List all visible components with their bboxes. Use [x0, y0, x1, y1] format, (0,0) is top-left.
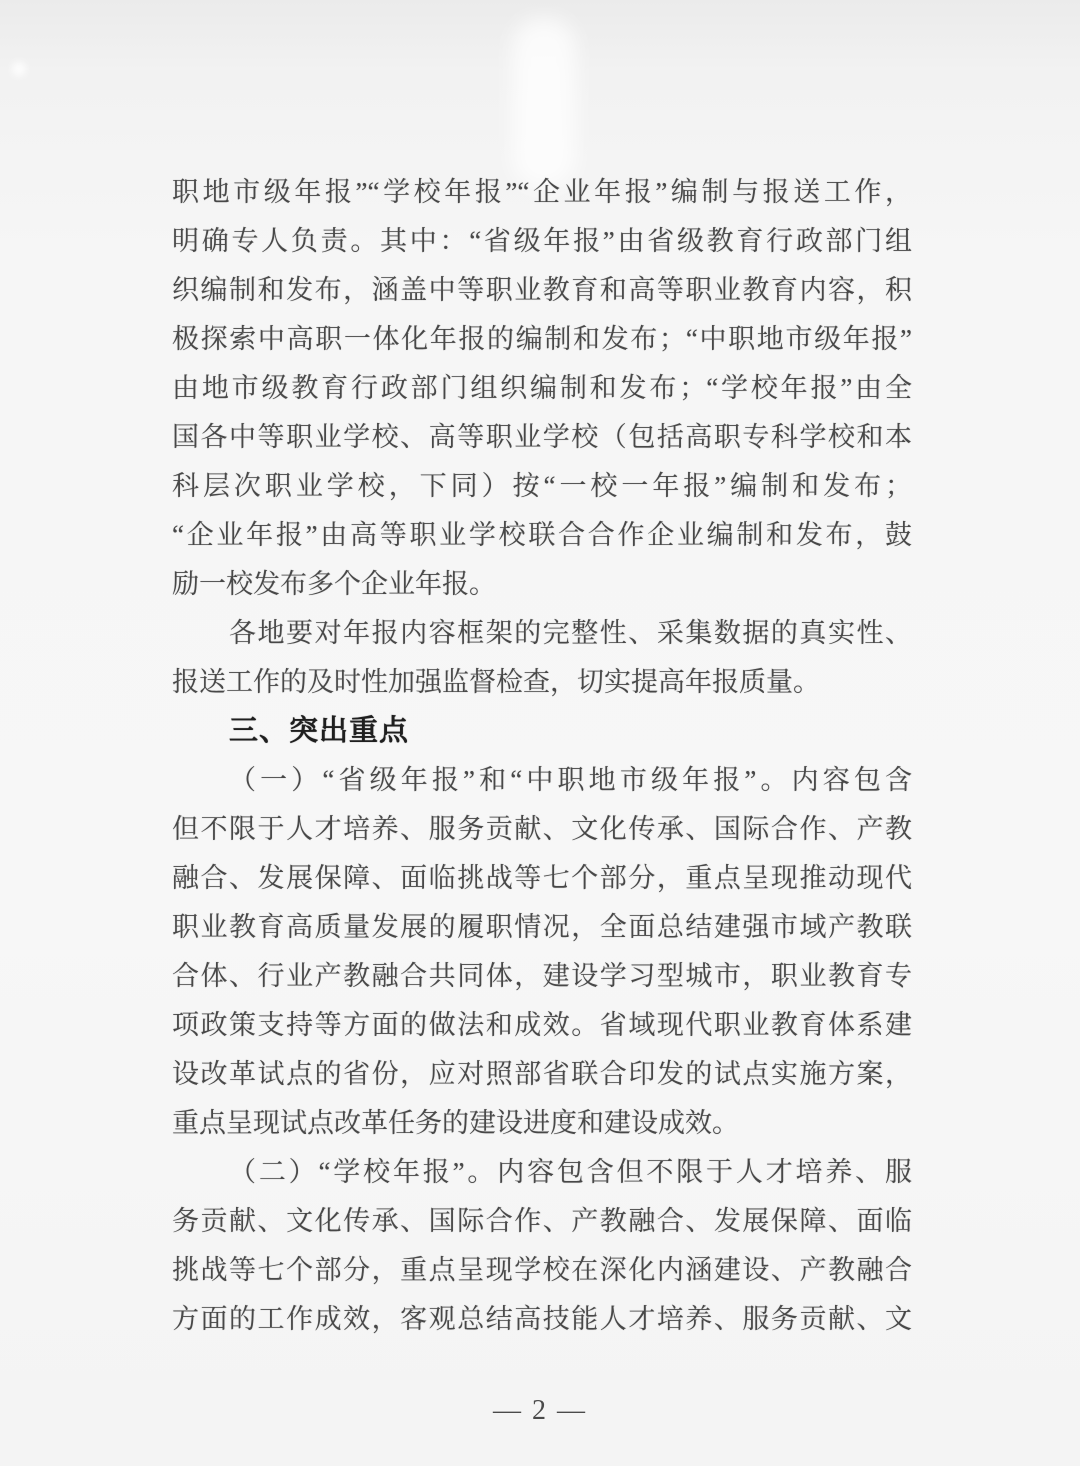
text-line: 国各中等职业学校、高等职业学校（包括高职专科学校和本	[172, 413, 912, 462]
section-heading: 三、突出重点	[172, 707, 912, 756]
text-line: 合体、行业产教融合共同体，建设学习型城市，职业教育专	[172, 952, 912, 1001]
document-body: 职地市级年报”“学校年报”“企业年报”编制与报送工作， 明确专人负责。其中：“省…	[172, 168, 912, 1344]
text-line: 各地要对年报内容框架的完整性、采集数据的真实性、	[172, 609, 912, 658]
scan-artifact-dot	[12, 62, 26, 76]
text-line: 由地市级教育行政部门组织编制和发布；“学校年报”由全	[172, 364, 912, 413]
text-line: 方面的工作成效，客观总结高技能人才培养、服务贡献、文	[172, 1295, 912, 1344]
text-line: 挑战等七个部分，重点呈现学校在深化内涵建设、产教融合	[172, 1246, 912, 1295]
text-line: 融合、发展保障、面临挑战等七个部分，重点呈现推动现代	[172, 854, 912, 903]
text-line: 重点呈现试点改革任务的建设进度和建设成效。	[172, 1099, 912, 1148]
text-line: （一）“省级年报”和“中职地市级年报”。内容包含	[172, 756, 912, 805]
text-line: 报送工作的及时性加强监督检查，切实提高年报质量。	[172, 658, 912, 707]
text-line: 科层次职业学校，下同）按“一校一年报”编制和发布；	[172, 462, 912, 511]
text-line: 职地市级年报”“学校年报”“企业年报”编制与报送工作，	[172, 168, 912, 217]
document-page: 职地市级年报”“学校年报”“企业年报”编制与报送工作， 明确专人负责。其中：“省…	[0, 0, 1080, 1466]
scan-artifact-smudge	[512, 18, 576, 188]
text-line: 织编制和发布，涵盖中等职业教育和高等职业教育内容，积	[172, 266, 912, 315]
text-line: 设改革试点的省份，应对照部省联合印发的试点实施方案，	[172, 1050, 912, 1099]
text-line: 励一校发布多个企业年报。	[172, 560, 912, 609]
text-line: （二）“学校年报”。内容包含但不限于人才培养、服	[172, 1148, 912, 1197]
text-line: 明确专人负责。其中：“省级年报”由省级教育行政部门组	[172, 217, 912, 266]
text-line: 但不限于人才培养、服务贡献、文化传承、国际合作、产教	[172, 805, 912, 854]
text-line: 极探索中高职一体化年报的编制和发布；“中职地市级年报”	[172, 315, 912, 364]
text-line: 职业教育高质量发展的履职情况，全面总结建强市域产教联	[172, 903, 912, 952]
text-line: 务贡献、文化传承、国际合作、产教融合、发展保障、面临	[172, 1197, 912, 1246]
page-number: — 2 —	[0, 1390, 1080, 1432]
text-line: “企业年报”由高等职业学校联合合作企业编制和发布，鼓	[172, 511, 912, 560]
text-line: 项政策支持等方面的做法和成效。省域现代职业教育体系建	[172, 1001, 912, 1050]
